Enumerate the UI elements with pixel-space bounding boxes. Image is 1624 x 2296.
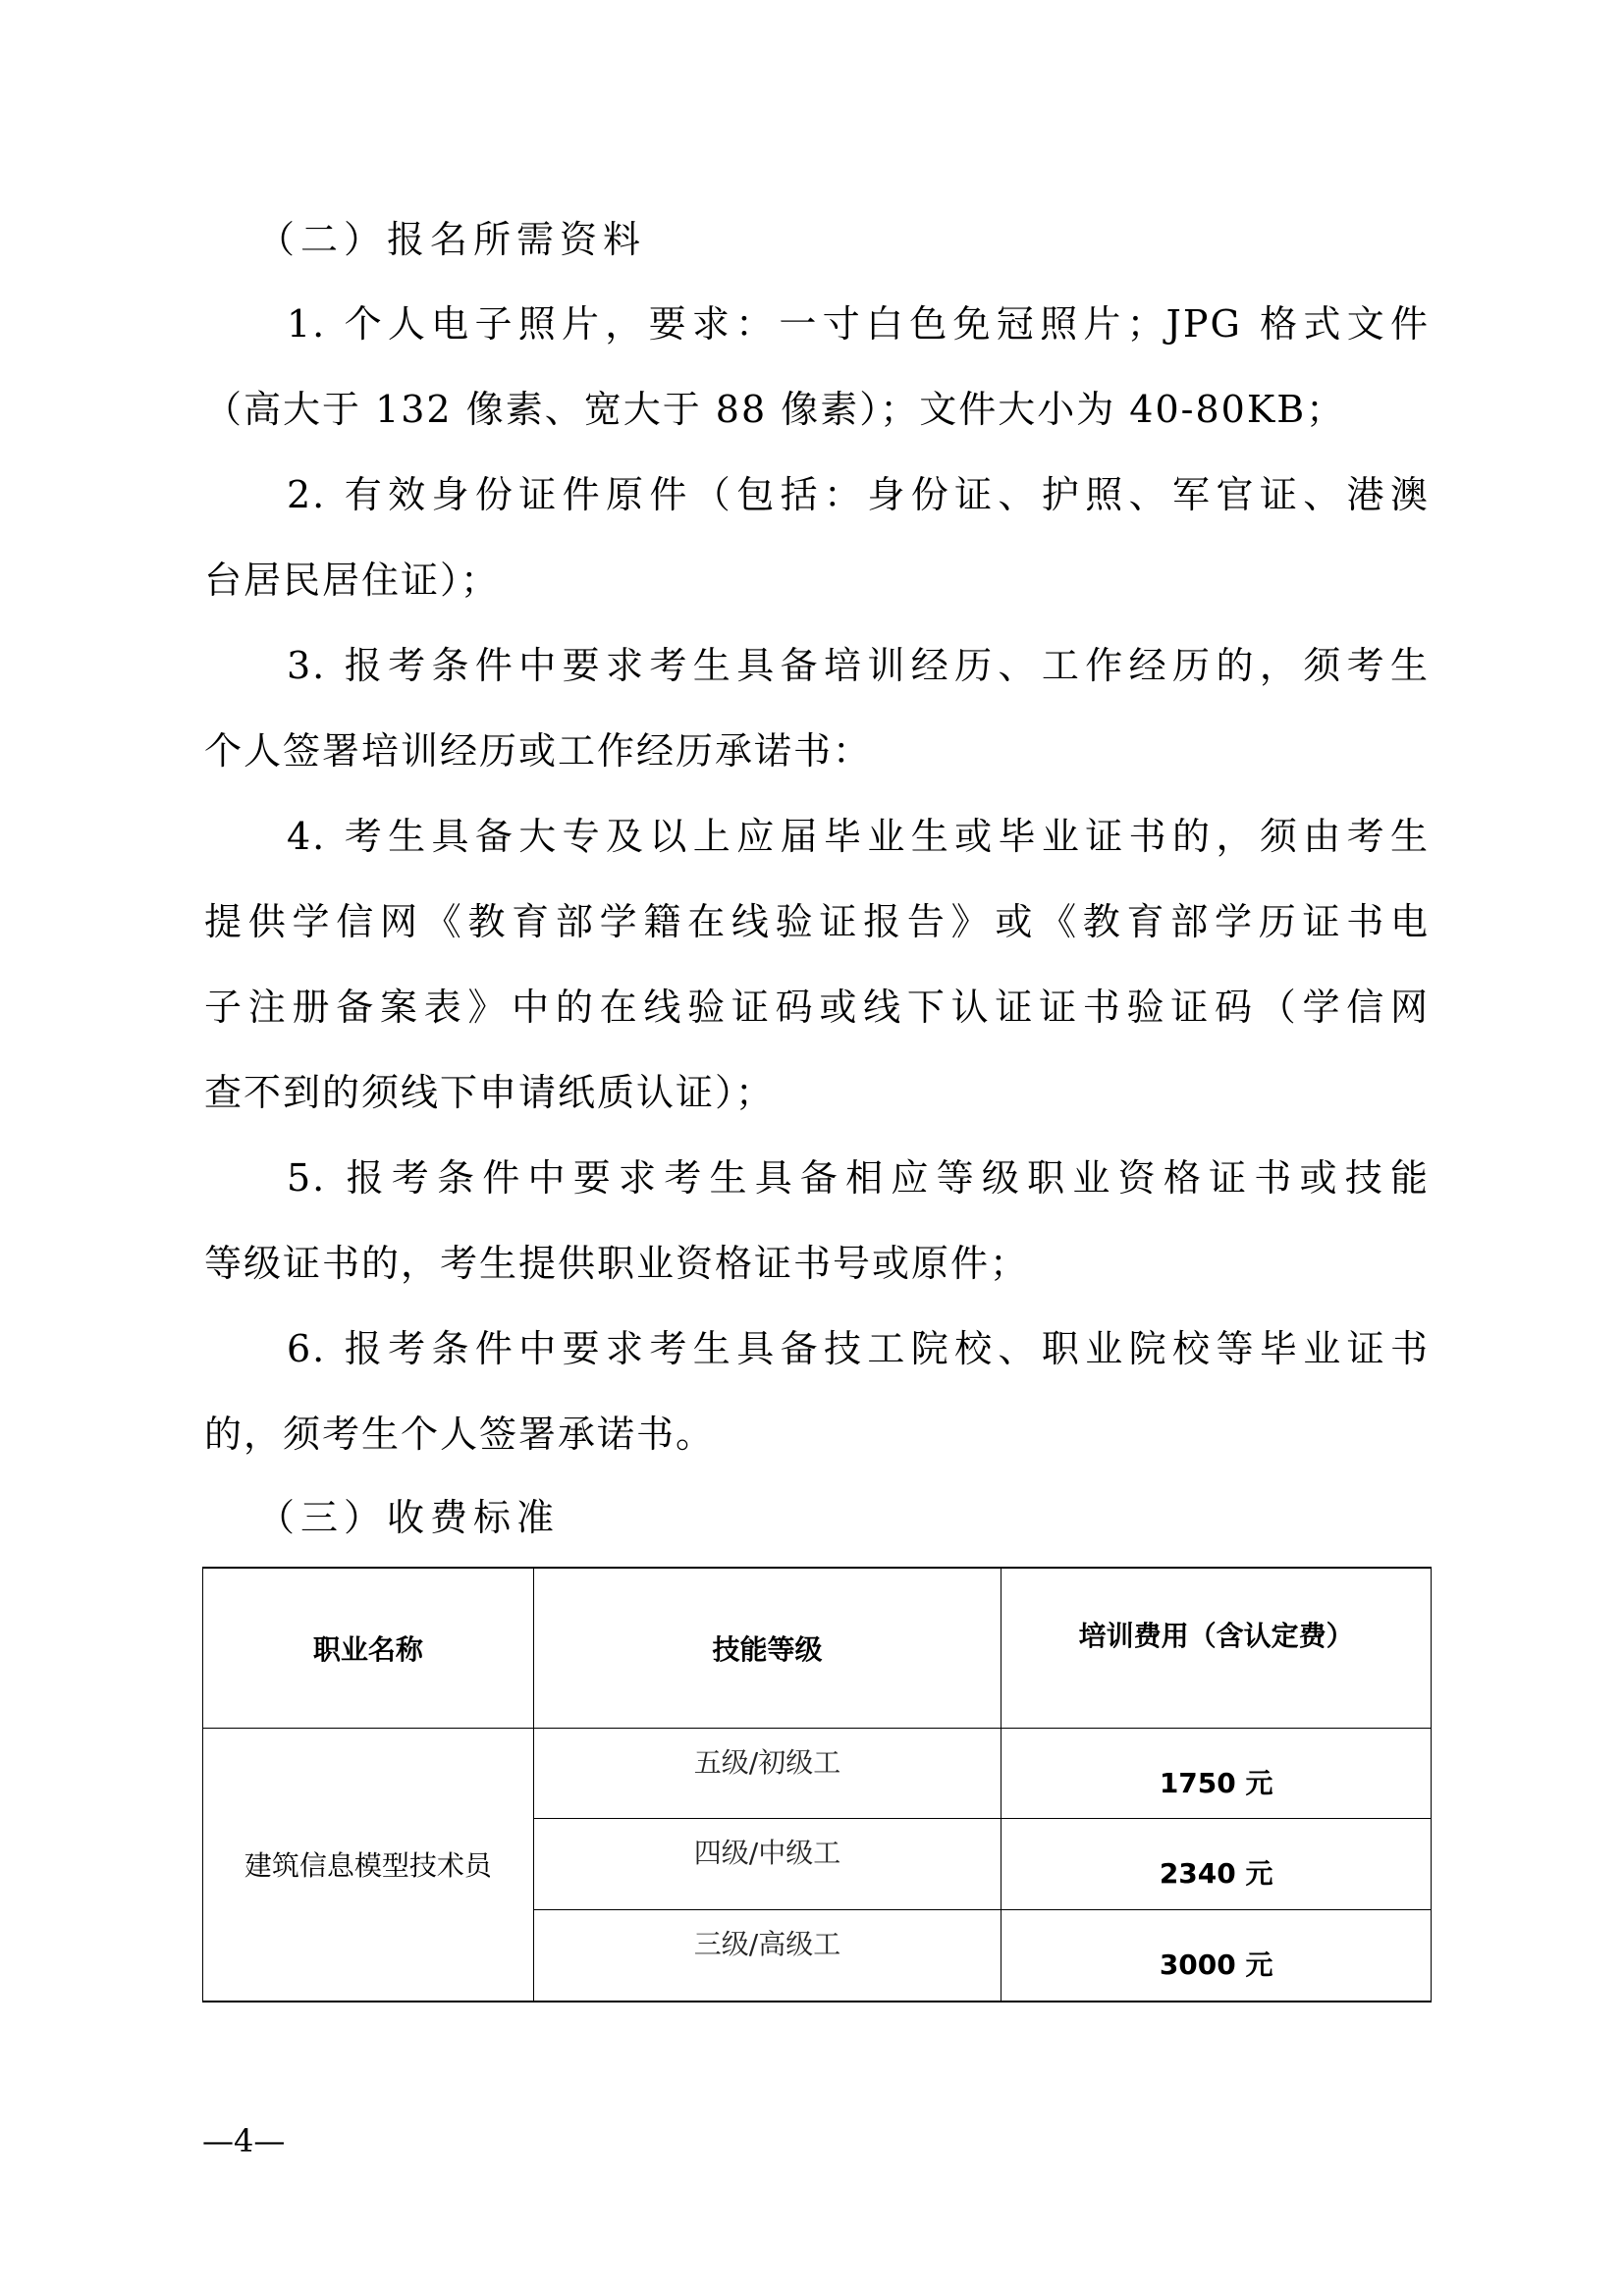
- item-6-line-1: 6. 报考条件中要求考生具备技工院校、职业院校等毕业证书: [287, 1325, 1430, 1372]
- level-cell: 五级/初级工: [533, 1729, 1001, 1819]
- level-cell: 四级/中级工: [533, 1819, 1001, 1910]
- section-heading-materials: （二）报名所需资料: [257, 216, 646, 263]
- fee-cell: 2340 元: [1001, 1819, 1432, 1910]
- header-training-fee: 培训费用（含认定费）: [1001, 1568, 1432, 1729]
- item-6-line-2: 的，须考生个人签署承诺书。: [204, 1411, 1430, 1458]
- section-heading-fees: （三）收费标准: [257, 1494, 560, 1541]
- item-5-line-2: 等级证书的，考生提供职业资格证书号或原件；: [204, 1240, 1430, 1287]
- fee-cell: 3000 元: [1001, 1910, 1432, 2002]
- page-number: —4—: [202, 2122, 285, 2160]
- item-1-line-1: 1. 个人电子照片，要求：一寸白色免冠照片；JPG 格式文件: [287, 300, 1430, 347]
- fee-table: 职业名称 技能等级 培训费用（含认定费） 建筑信息模型技术员 五级/初级工 17…: [202, 1567, 1432, 2002]
- item-4-line-3: 子注册备案表》中的在线验证码或线下认证证书验证码（学信网: [204, 984, 1430, 1031]
- item-5-line-1: 5. 报考条件中要求考生具备相应等级职业资格证书或技能: [287, 1154, 1430, 1201]
- item-2-line-1: 2. 有效身份证件原件（包括：身份证、护照、军官证、港澳: [287, 471, 1430, 518]
- fee-cell: 1750 元: [1001, 1729, 1432, 1819]
- document-page: （二）报名所需资料 1. 个人电子照片，要求：一寸白色免冠照片；JPG 格式文件…: [0, 0, 1624, 2296]
- item-2-line-2: 台居民居住证）；: [204, 557, 1430, 604]
- item-3-line-1: 3. 报考条件中要求考生具备培训经历、工作经历的，须考生: [287, 642, 1430, 689]
- header-skill-level: 技能等级: [533, 1568, 1001, 1729]
- item-4-line-1: 4. 考生具备大专及以上应届毕业生或毕业证书的，须由考生: [287, 813, 1430, 860]
- item-4-line-2: 提供学信网《教育部学籍在线验证报告》或《教育部学历证书电: [204, 898, 1430, 945]
- item-3-line-2: 个人签署培训经历或工作经历承诺书：: [204, 727, 1430, 774]
- header-occupation: 职业名称: [203, 1568, 534, 1729]
- table-row: 建筑信息模型技术员 五级/初级工 1750 元: [203, 1729, 1432, 1819]
- item-4-line-4: 查不到的须线下申请纸质认证）；: [204, 1069, 1430, 1116]
- level-cell: 三级/高级工: [533, 1910, 1001, 2002]
- item-1-line-2: （高大于 132 像素、宽大于 88 像素）；文件大小为 40-80KB；: [204, 386, 1430, 433]
- occupation-cell: 建筑信息模型技术员: [203, 1729, 534, 2002]
- fee-table-header-row: 职业名称 技能等级 培训费用（含认定费）: [203, 1568, 1432, 1729]
